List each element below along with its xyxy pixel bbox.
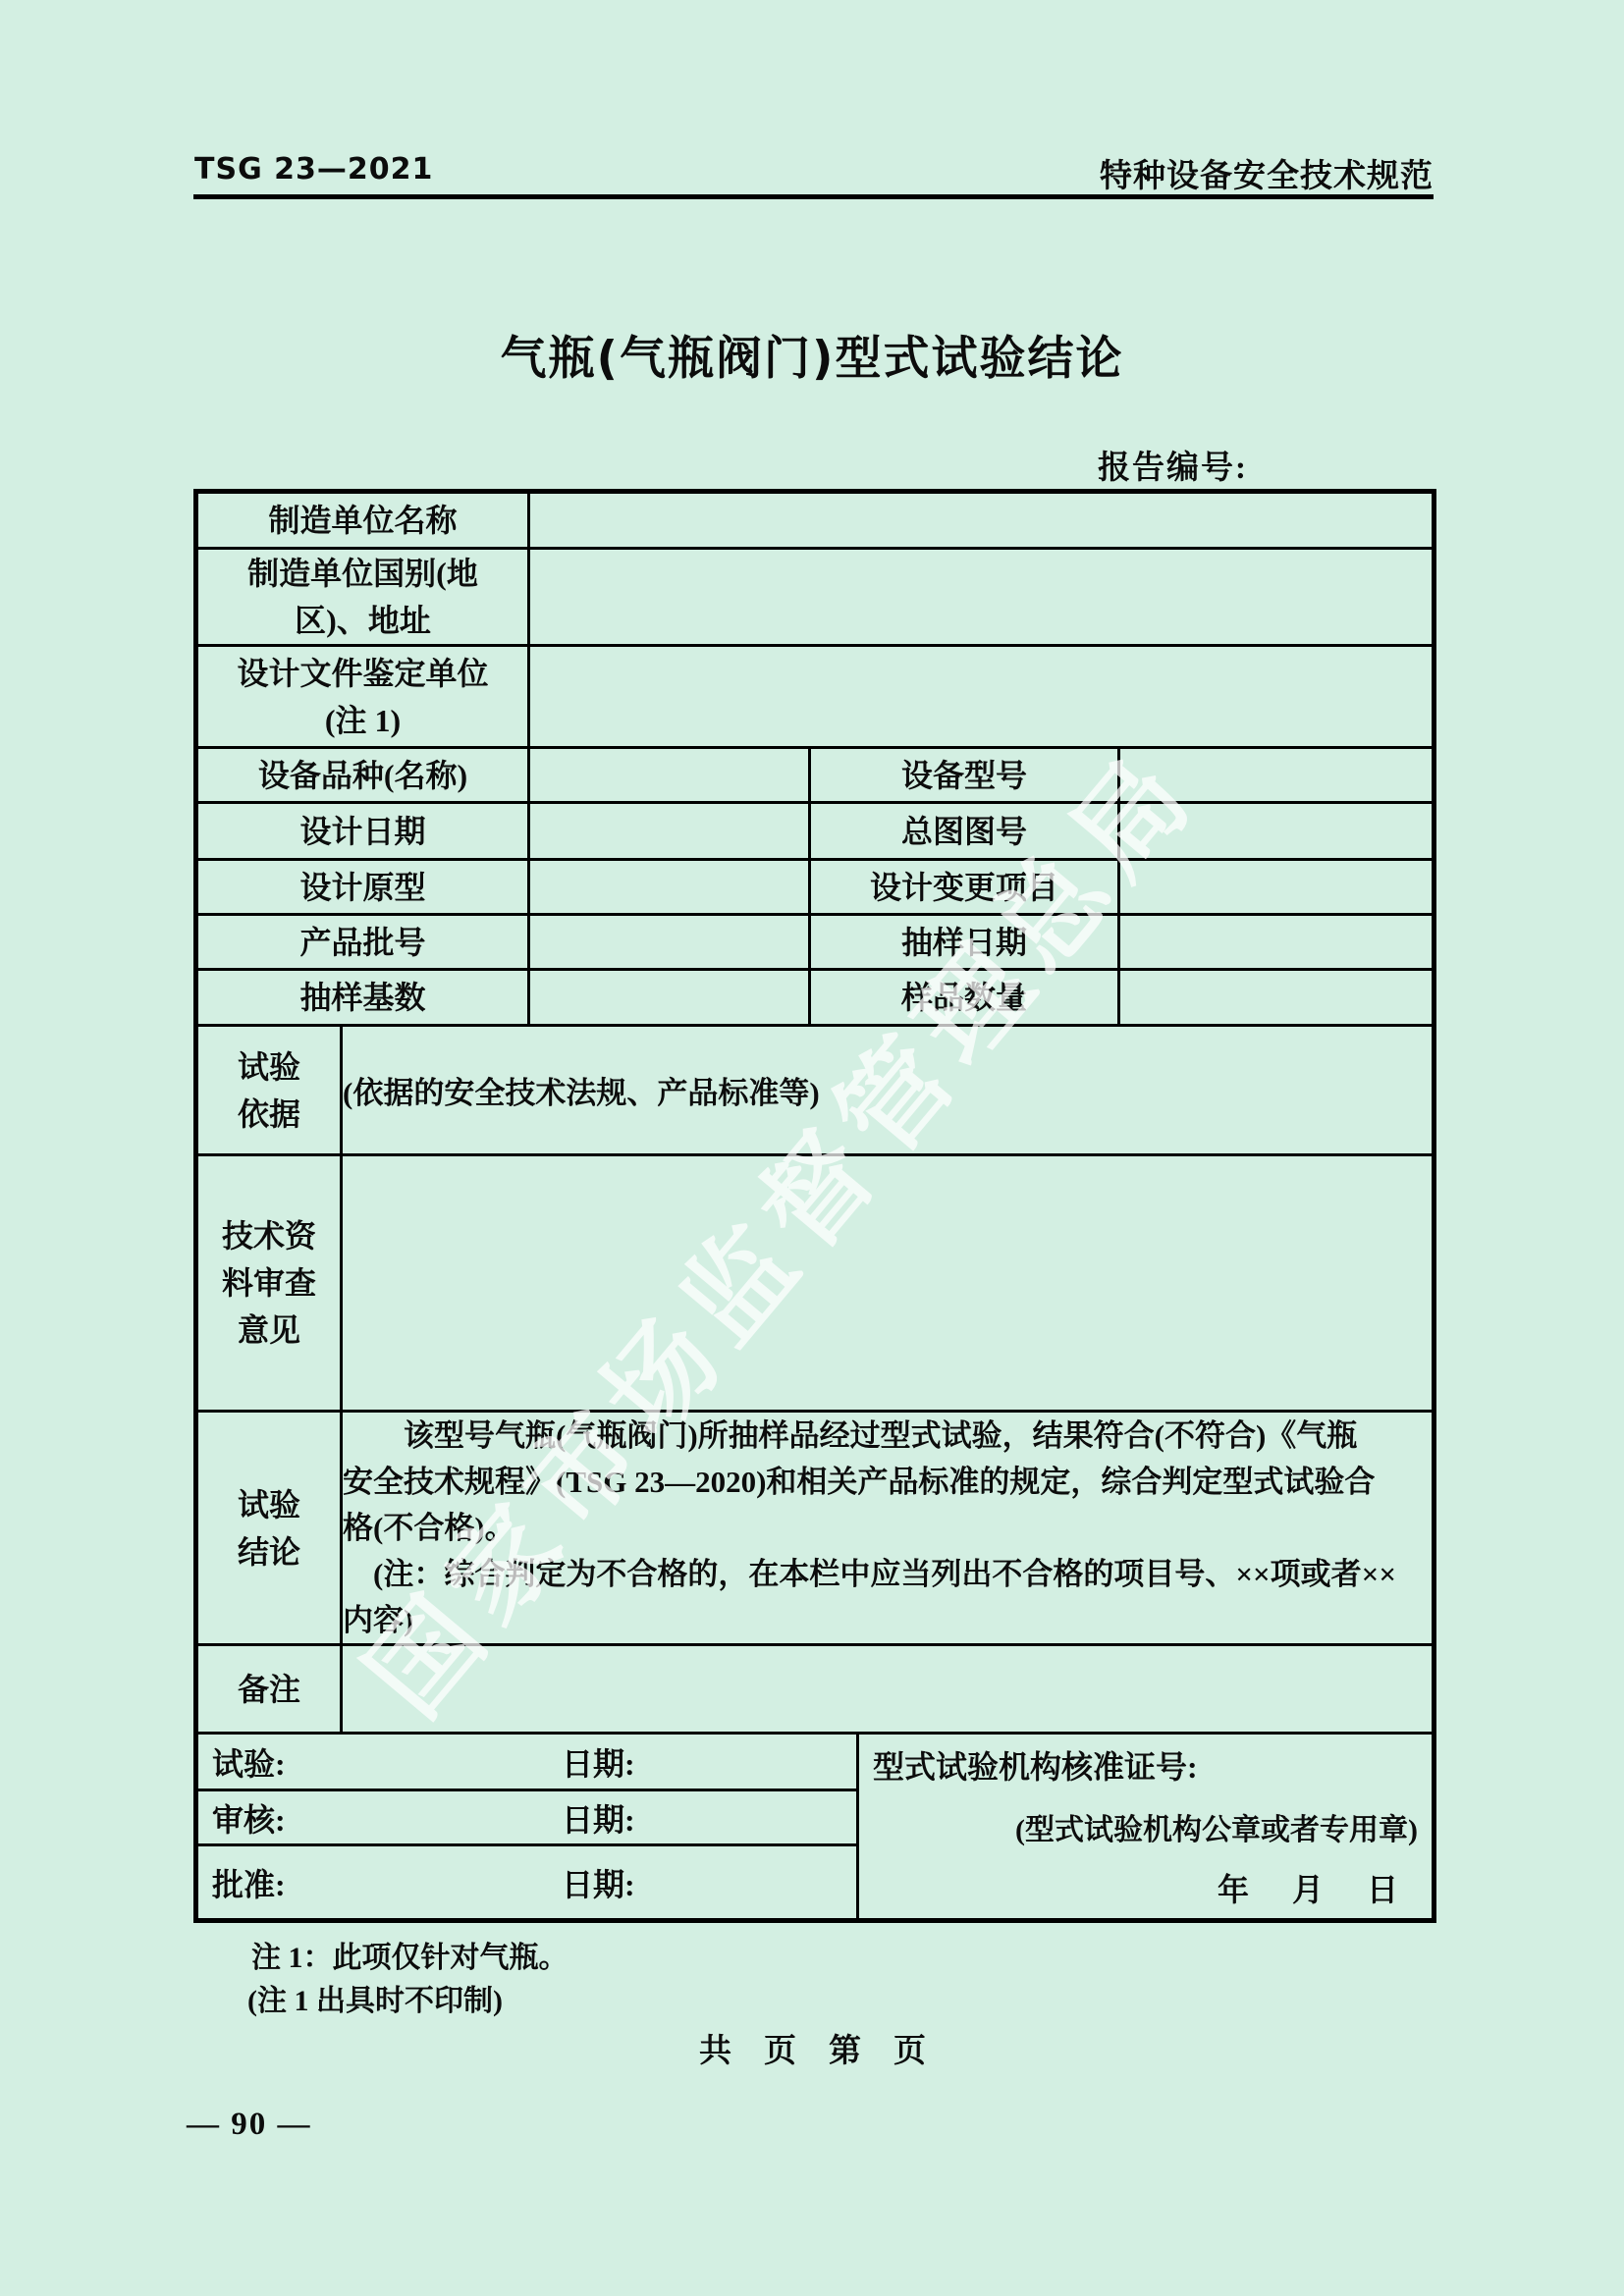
page-title: 气瓶(气瓶阀门)型式试验结论: [0, 322, 1624, 388]
header-doc-code: TSG 23—2021: [194, 152, 433, 187]
report-number-label: 报告编号:: [1098, 442, 1248, 488]
conclusion-statement: 该型号气瓶(气瓶阀门)所抽样品经过型式试验，结果符合(不符合)《气瓶 安全技术规…: [343, 1413, 1432, 1551]
institution-seal-note: (型式试验机构公章或者专用章): [873, 1805, 1418, 1848]
design-prototype-label: 设计原型: [196, 860, 529, 915]
design-appraisal-unit-label: 设计文件鉴定单位 (注 1): [196, 646, 529, 748]
general-drawing-no-value-cell: [1119, 803, 1435, 860]
tech-review-label: 技术资 料审查 意见: [196, 1155, 342, 1412]
table-row: 制造单位国别(地 区)、地址: [196, 549, 1435, 646]
page-number: — 90 —: [187, 2107, 312, 2143]
tester-date-label: 日期:: [562, 1739, 635, 1785]
equipment-model-value-cell: [1119, 748, 1435, 803]
type-test-form-table: 制造单位名称 制造单位国别(地 区)、地址 设计文件鉴定单位 (注 1) 设备品…: [193, 489, 1436, 1923]
equipment-kind-label: 设备品种(名称): [196, 748, 529, 803]
tester-signature-cell: 试验: 日期:: [196, 1734, 858, 1790]
equipment-model-label: 设备型号: [810, 748, 1119, 803]
sampling-base-value-cell: [529, 970, 810, 1026]
conclusion-label: 试验 结论: [196, 1412, 342, 1645]
reviewer-signature-cell: 审核: 日期:: [196, 1790, 858, 1845]
manufacturer-country-address-label: 制造单位国别(地 区)、地址: [196, 549, 529, 646]
header-rule: [193, 194, 1434, 199]
product-batch-no-label: 产品批号: [196, 915, 529, 970]
test-basis-label: 试验 依据: [196, 1026, 342, 1155]
table-row: 设计原型 设计变更项目: [196, 860, 1435, 915]
manufacturer-country-address-value-cell: [529, 549, 1435, 646]
design-change-items-value-cell: [1119, 860, 1435, 915]
manufacturer-name-label: 制造单位名称: [196, 492, 529, 549]
table-row: 试验: 日期: 型式试验机构核准证号: (型式试验机构公章或者专用章) 年 月 …: [196, 1734, 1435, 1790]
table-row: 试验 结论 该型号气瓶(气瓶阀门)所抽样品经过型式试验，结果符合(不符合)《气瓶…: [196, 1412, 1435, 1645]
design-appraisal-unit-value-cell: [529, 646, 1435, 748]
sampling-base-label: 抽样基数: [196, 970, 529, 1026]
year-month-day-line: 年 月 日: [873, 1865, 1418, 1910]
approver-date-label: 日期:: [562, 1860, 635, 1905]
design-date-label: 设计日期: [196, 803, 529, 860]
sampling-date-label: 抽样日期: [810, 915, 1119, 970]
test-basis-content-cell: (依据的安全技术法规、产品标准等): [342, 1026, 1435, 1155]
footnote-1: 注 1：此项仅针对气瓶。: [251, 1933, 568, 1976]
remarks-label: 备注: [196, 1645, 342, 1734]
sampling-date-value-cell: [1119, 915, 1435, 970]
table-row: 抽样基数 样品数量: [196, 970, 1435, 1026]
design-date-value-cell: [529, 803, 810, 860]
table-row: 试验 依据 (依据的安全技术法规、产品标准等): [196, 1026, 1435, 1155]
test-basis-note: (依据的安全技术法规、产品标准等): [343, 1076, 820, 1110]
table-row: 制造单位名称: [196, 492, 1435, 549]
approval-cell: 型式试验机构核准证号: (型式试验机构公章或者专用章) 年 月 日: [858, 1734, 1435, 1921]
table-row: 设计文件鉴定单位 (注 1): [196, 646, 1435, 748]
tester-label: 试验:: [212, 1739, 286, 1785]
approver-label: 批准:: [212, 1860, 286, 1905]
design-prototype-value-cell: [529, 860, 810, 915]
equipment-kind-value-cell: [529, 748, 810, 803]
document-page: TSG 23—2021 特种设备安全技术规范 气瓶(气瓶阀门)型式试验结论 报告…: [0, 0, 1624, 2296]
pagination-line: 共 页 第 页: [193, 2025, 1432, 2071]
product-batch-no-value-cell: [529, 915, 810, 970]
reviewer-date-label: 日期:: [562, 1795, 635, 1841]
table-row: 技术资 料审查 意见: [196, 1155, 1435, 1412]
remarks-value-cell: [342, 1645, 1435, 1734]
reviewer-label: 审核:: [212, 1795, 286, 1841]
sample-quantity-value-cell: [1119, 970, 1435, 1026]
table-row: 设备品种(名称) 设备型号: [196, 748, 1435, 803]
table-row: 备注: [196, 1645, 1435, 1734]
footnote-2: (注 1 出具时不印制): [247, 1976, 503, 2019]
general-drawing-no-label: 总图图号: [810, 803, 1119, 860]
tech-review-value-cell: [342, 1155, 1435, 1412]
table-row: 产品批号 抽样日期: [196, 915, 1435, 970]
manufacturer-name-value-cell: [529, 492, 1435, 549]
design-change-items-label: 设计变更项目: [810, 860, 1119, 915]
sample-quantity-label: 样品数量: [810, 970, 1119, 1026]
table-row: 设计日期 总图图号: [196, 803, 1435, 860]
conclusion-content-cell: 该型号气瓶(气瓶阀门)所抽样品经过型式试验，结果符合(不符合)《气瓶 安全技术规…: [342, 1412, 1435, 1645]
header-doc-category: 特种设备安全技术规范: [1100, 150, 1434, 196]
institution-cert-no-label: 型式试验机构核准证号:: [873, 1742, 1418, 1788]
approver-signature-cell: 批准: 日期:: [196, 1845, 858, 1921]
conclusion-note: (注：综合判定为不合格的，在本栏中应当列出不合格的项目号、××项或者×× 内容): [343, 1551, 1432, 1643]
